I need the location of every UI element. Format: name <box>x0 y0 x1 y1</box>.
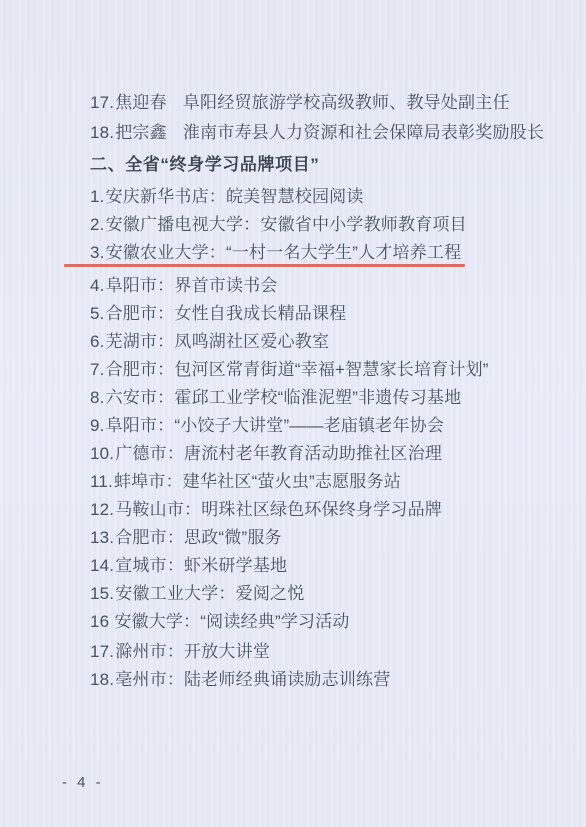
item-text: 安徽大学：“阅读经典”学习活动 <box>114 612 349 631</box>
item-number: 16 <box>90 612 109 631</box>
item-number: 5. <box>90 304 105 323</box>
item-text: 阜阳市：界首市读书会 <box>106 276 278 295</box>
item-text: 合肥市：包河区常青街道“幸福+智慧家长培育计划” <box>106 360 489 379</box>
brand-project-item: 6.芜湖市：凤鸣湖社区爱心教室 <box>90 328 556 356</box>
item-number: 6. <box>90 332 105 351</box>
brand-project-item: 14.宣城市：虾米研学基地 <box>90 552 556 580</box>
item-number: 11. <box>90 472 113 491</box>
item-number: 7. <box>90 360 105 379</box>
item-number: 18. <box>90 670 114 689</box>
brand-project-item-highlighted: 3.安徽农业大学：“一村一名大学生”人才培养工程 <box>90 239 556 267</box>
item-number: 15. <box>90 584 114 603</box>
scanned-document-page: 17.焦迎春阜阳经贸旅游学校高级教师、教导处副主任 18.把宗鑫淮南市寿县人力资… <box>0 0 586 827</box>
brand-project-item: 4.阜阳市：界首市读书会 <box>90 272 556 300</box>
brand-project-item: 13.合肥市：思政“微”服务 <box>90 524 556 552</box>
section-heading: 二、全省“终身学习品牌项目” <box>90 151 556 179</box>
item-number: 18. <box>90 123 114 142</box>
item-number: 2. <box>90 215 105 234</box>
item-text: 马鞍山市：明珠社区绿色环保终身学习品牌 <box>115 500 442 519</box>
brand-project-item: 18.亳州市：陆老师经典诵读励志训练营 <box>90 666 556 694</box>
item-text: 安徽广播电视大学：安徽省中小学教师教育项目 <box>106 215 467 234</box>
item-number: 14. <box>90 556 114 575</box>
item-text: 安庆新华书店：皖美智慧校园阅读 <box>106 187 364 206</box>
item-number: 13. <box>90 528 114 547</box>
brand-project-item: 1.安庆新华书店：皖美智慧校园阅读 <box>90 183 556 211</box>
brand-project-item: 16安徽大学：“阅读经典”学习活动 <box>90 608 556 636</box>
brand-project-item: 15.安徽工业大学：爱阅之悦 <box>90 580 556 608</box>
person-name: 把宗鑫 <box>115 123 167 142</box>
brand-project-item: 12.马鞍山市：明珠社区绿色环保终身学习品牌 <box>90 496 556 524</box>
item-number: 12. <box>90 500 114 519</box>
document-body: 17.焦迎春阜阳经贸旅游学校高级教师、教导处副主任 18.把宗鑫淮南市寿县人力资… <box>90 89 556 694</box>
award-list-item: 18.把宗鑫淮南市寿县人力资源和社会保障局表彰奖励股长 <box>90 119 556 147</box>
item-text: 芜湖市：凤鸣湖社区爱心教室 <box>106 332 330 351</box>
person-title: 淮南市寿县人力资源和社会保障局表彰奖励股长 <box>183 123 544 142</box>
item-text: 亳州市：陆老师经典诵读励志训练营 <box>115 670 390 689</box>
item-number: 17. <box>90 93 114 112</box>
item-number: 10. <box>90 444 114 463</box>
brand-project-item: 7.合肥市：包河区常青街道“幸福+智慧家长培育计划” <box>90 356 556 384</box>
item-number: 3. <box>90 243 105 262</box>
person-name: 焦迎春 <box>115 93 167 112</box>
item-text: 六安市：霍邱工业学校“临淮泥塑”非遗传习基地 <box>106 388 462 407</box>
brand-project-item: 17.滁州市：开放大讲堂 <box>90 638 556 666</box>
brand-project-item: 10.广德市：唐流村老年教育活动助推社区治理 <box>90 440 556 468</box>
item-number: 1. <box>90 187 105 206</box>
brand-project-item: 5.合肥市：女性自我成长精品课程 <box>90 300 556 328</box>
page-number: - 4 - <box>62 774 104 791</box>
brand-project-item: 9.阜阳市：“小饺子大讲堂”——老庙镇老年协会 <box>90 412 556 440</box>
item-text: 宣城市：虾米研学基地 <box>115 556 287 575</box>
item-text: 蚌埠市：建华社区“萤火虫”志愿服务站 <box>114 472 401 491</box>
brand-project-item: 8.六安市：霍邱工业学校“临淮泥塑”非遗传习基地 <box>90 384 556 412</box>
item-text: 安徽工业大学：爱阅之悦 <box>115 584 304 603</box>
brand-project-item: 11.蚌埠市：建华社区“萤火虫”志愿服务站 <box>90 468 556 496</box>
brand-project-item: 2.安徽广播电视大学：安徽省中小学教师教育项目 <box>90 211 556 239</box>
award-list-item: 17.焦迎春阜阳经贸旅游学校高级教师、教导处副主任 <box>90 89 556 117</box>
item-text: 合肥市：思政“微”服务 <box>115 528 282 547</box>
item-text: 广德市：唐流村老年教育活动助推社区治理 <box>115 444 442 463</box>
person-title: 阜阳经贸旅游学校高级教师、教导处副主任 <box>183 93 510 112</box>
item-text: 滁州市：开放大讲堂 <box>115 642 270 661</box>
item-text: 安徽农业大学：“一村一名大学生”人才培养工程 <box>106 243 462 262</box>
item-number: 17. <box>90 642 114 661</box>
item-text: 合肥市：女性自我成长精品课程 <box>106 304 347 323</box>
item-number: 9. <box>90 416 105 435</box>
item-number: 8. <box>90 388 105 407</box>
item-text: 阜阳市：“小饺子大讲堂”——老庙镇老年协会 <box>106 416 445 435</box>
red-underline-annotation <box>64 264 465 267</box>
item-number: 4. <box>90 276 105 295</box>
